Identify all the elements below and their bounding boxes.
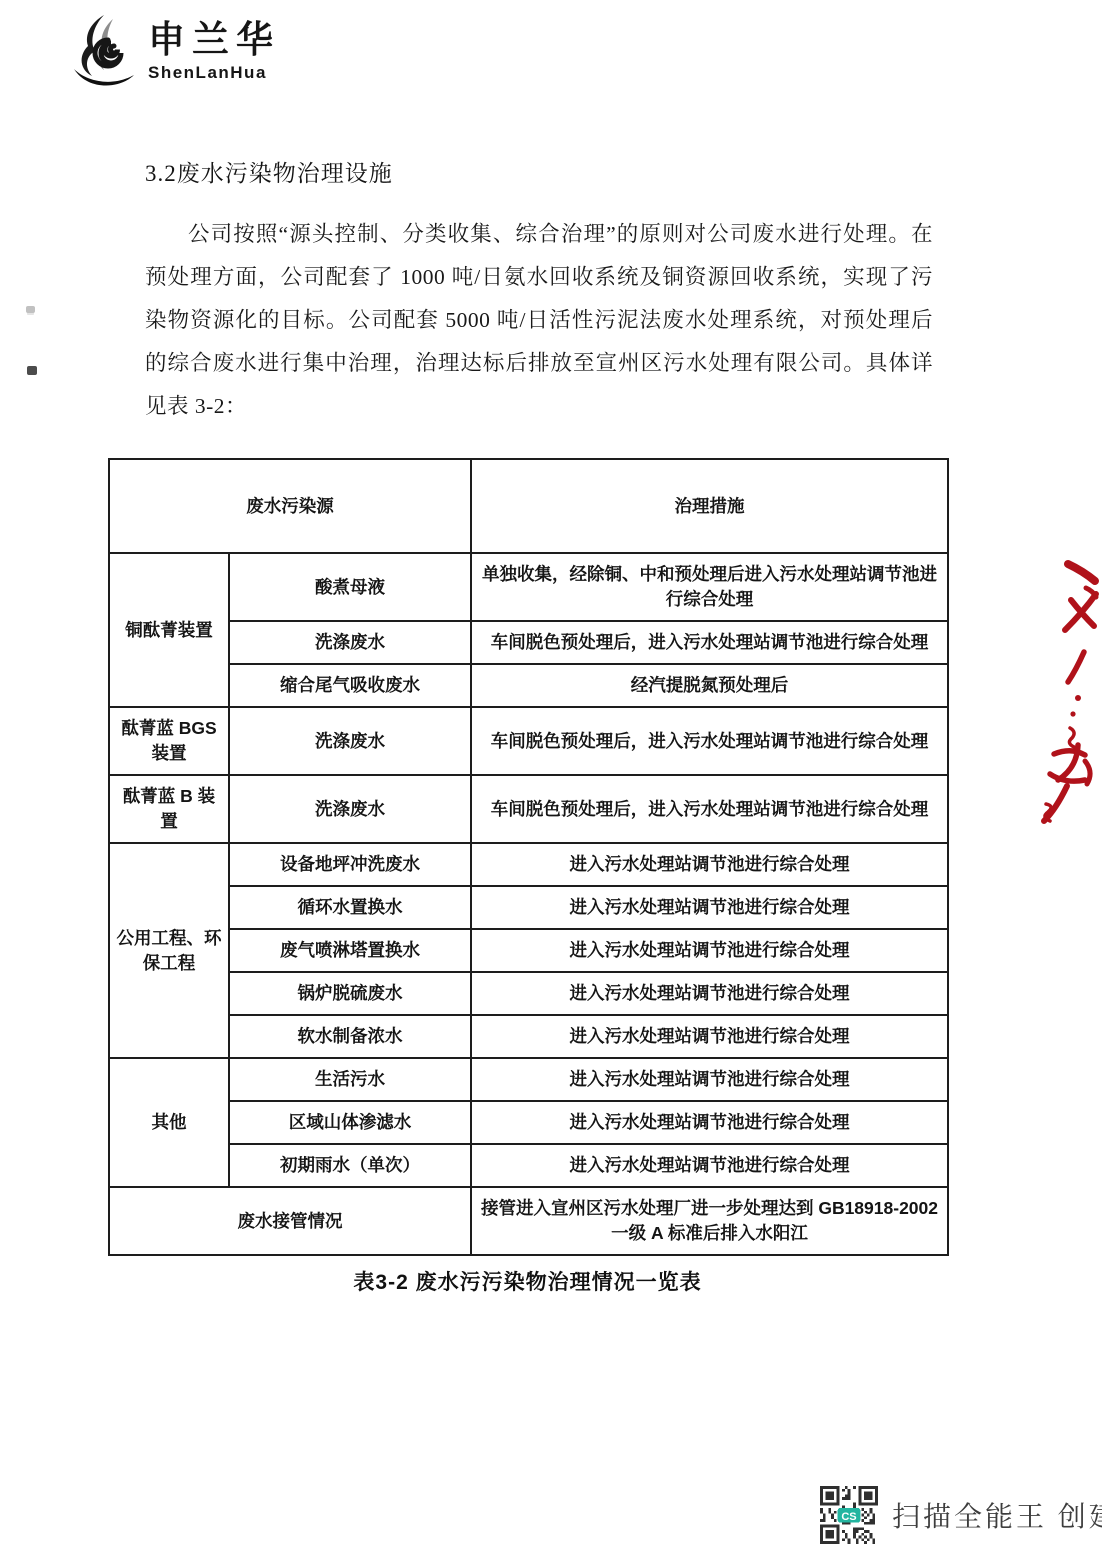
source-cell: 缩合尾气吸收废水 — [229, 664, 471, 707]
measure-cell: 车间脱色预处理后，进入污水处理站调节池进行综合处理 — [471, 707, 948, 775]
section-heading: 3.2废水污染物治理设施 — [145, 155, 393, 188]
footer-measure-cell: 接管进入宣州区污水处理厂进一步处理达到 GB18918-2002 一级 A 标准… — [471, 1187, 948, 1255]
source-cell: 设备地坪冲洗废水 — [229, 843, 471, 886]
measure-cell: 进入污水处理站调节池进行综合处理 — [471, 1144, 948, 1187]
body-paragraph: 公司按照“源头控制、分类收集、综合治理”的原则对公司废水进行处理。在预处理方面，… — [145, 213, 933, 428]
qr-badge-text: CS — [841, 1511, 856, 1523]
scan-speck — [27, 366, 37, 375]
measure-cell: 经汽提脱氮预处理后 — [471, 664, 948, 707]
table-row: 酞菁蓝 B 装置洗涤废水车间脱色预处理后，进入污水处理站调节池进行综合处理 — [109, 775, 948, 843]
group-cell: 公用工程、环保工程 — [109, 843, 229, 1058]
measure-cell: 车间脱色预处理后，进入污水处理站调节池进行综合处理 — [471, 775, 948, 843]
qr-code: CS — [820, 1486, 878, 1544]
table-footer-row: 废水接管情况接管进入宣州区污水处理厂进一步处理达到 GB18918-2002 一… — [109, 1187, 948, 1255]
brand-text: 申兰华 ShenLanHua — [148, 20, 280, 83]
table-row: 初期雨水（单次）进入污水处理站调节池进行综合处理 — [109, 1144, 948, 1187]
treatment-table-body: 废水污染源 治理措施 铜酞菁装置酸煮母液单独收集，经除铜、中和预处理后进入污水处… — [109, 459, 948, 1255]
scanner-credit-text: 扫描全能王 创建 — [892, 1495, 1102, 1535]
table-row: 酞菁蓝 BGS 装置洗涤废水车间脱色预处理后，进入污水处理站调节池进行综合处理 — [109, 707, 948, 775]
source-cell: 软水制备浓水 — [229, 1015, 471, 1058]
table-header-row: 废水污染源 治理措施 — [109, 459, 948, 553]
group-cell: 酞菁蓝 B 装置 — [109, 775, 229, 843]
document-page: 申兰华 ShenLanHua 3.2废水污染物治理设施 公司按照“源头控制、分类… — [0, 0, 1102, 1559]
measure-cell: 进入污水处理站调节池进行综合处理 — [471, 929, 948, 972]
brand-name-cn: 申兰华 — [148, 20, 280, 61]
scanner-footer: CS 扫描全能王 创建 — [820, 1486, 1102, 1544]
source-cell: 生活污水 — [229, 1058, 471, 1101]
table-row: 铜酞菁装置酸煮母液单独收集，经除铜、中和预处理后进入污水处理站调节池进行综合处理 — [109, 553, 948, 621]
measure-cell: 进入污水处理站调节池进行综合处理 — [471, 972, 948, 1015]
table-row: 循环水置换水进入污水处理站调节池进行综合处理 — [109, 886, 948, 929]
source-cell: 洗涤废水 — [229, 775, 471, 843]
source-cell: 洗涤废水 — [229, 621, 471, 664]
source-cell: 初期雨水（单次） — [229, 1144, 471, 1187]
source-cell: 酸煮母液 — [229, 553, 471, 621]
source-cell: 循环水置换水 — [229, 886, 471, 929]
swirl-logo-icon — [70, 12, 142, 90]
table-row: 公用工程、环保工程设备地坪冲洗废水进入污水处理站调节池进行综合处理 — [109, 843, 948, 886]
source-cell: 洗涤废水 — [229, 707, 471, 775]
table-caption: 表3-2 废水污污染物治理情况一览表 — [108, 1266, 947, 1296]
group-cell: 其他 — [109, 1058, 229, 1187]
group-cell: 铜酞菁装置 — [109, 553, 229, 707]
group-cell: 酞菁蓝 BGS 装置 — [109, 707, 229, 775]
table-row: 锅炉脱硫废水进入污水处理站调节池进行综合处理 — [109, 972, 948, 1015]
measure-cell: 进入污水处理站调节池进行综合处理 — [471, 886, 948, 929]
scan-speck — [26, 306, 35, 313]
brand-logo: 申兰华 ShenLanHua — [70, 12, 280, 90]
source-cell: 废气喷淋塔置换水 — [229, 929, 471, 972]
table-row: 洗涤废水车间脱色预处理后，进入污水处理站调节池进行综合处理 — [109, 621, 948, 664]
table-row: 软水制备浓水进入污水处理站调节池进行综合处理 — [109, 1015, 948, 1058]
treatment-table-container: 废水污染源 治理措施 铜酞菁装置酸煮母液单独收集，经除铜、中和预处理后进入污水处… — [108, 458, 947, 1296]
footer-label-cell: 废水接管情况 — [109, 1187, 471, 1255]
treatment-table: 废水污染源 治理措施 铜酞菁装置酸煮母液单独收集，经除铜、中和预处理后进入污水处… — [108, 458, 949, 1256]
source-cell: 锅炉脱硫废水 — [229, 972, 471, 1015]
measure-cell: 进入污水处理站调节池进行综合处理 — [471, 843, 948, 886]
source-cell: 区域山体渗滤水 — [229, 1101, 471, 1144]
table-row: 区域山体渗滤水进入污水处理站调节池进行综合处理 — [109, 1101, 948, 1144]
table-row: 其他生活污水进入污水处理站调节池进行综合处理 — [109, 1058, 948, 1101]
table-row: 缩合尾气吸收废水经汽提脱氮预处理后 — [109, 664, 948, 707]
measure-cell: 进入污水处理站调节池进行综合处理 — [471, 1101, 948, 1144]
table-row: 废气喷淋塔置换水进入污水处理站调节池进行综合处理 — [109, 929, 948, 972]
qr-modules: CS — [820, 1486, 878, 1544]
handwritten-annotation — [1026, 548, 1102, 838]
measure-cell: 单独收集，经除铜、中和预处理后进入污水处理站调节池进行综合处理 — [471, 553, 948, 621]
measure-cell: 车间脱色预处理后，进入污水处理站调节池进行综合处理 — [471, 621, 948, 664]
header-measure-col: 治理措施 — [471, 459, 948, 553]
brand-name-en: ShenLanHua — [148, 63, 280, 83]
header-source-col: 废水污染源 — [109, 459, 471, 553]
measure-cell: 进入污水处理站调节池进行综合处理 — [471, 1058, 948, 1101]
measure-cell: 进入污水处理站调节池进行综合处理 — [471, 1015, 948, 1058]
